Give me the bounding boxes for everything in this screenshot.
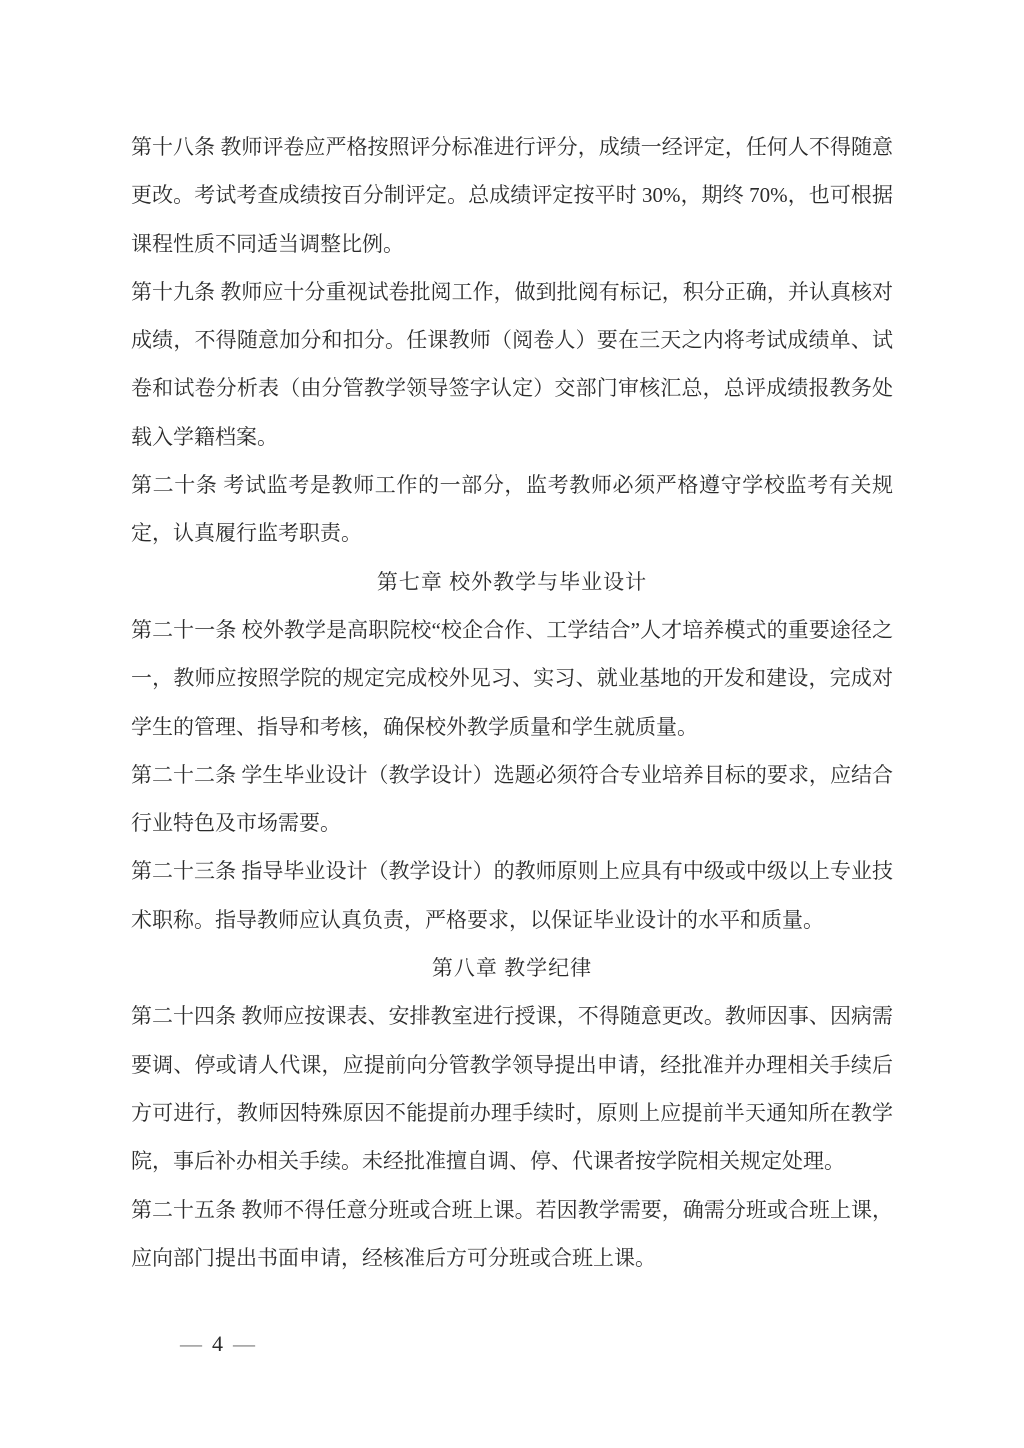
article-19-paragraph: 第十九条 教师应十分重视试卷批阅工作，做到批阅有标记，积分正确，并认真核对成绩，… [131, 268, 893, 461]
footer-left-dash: — [180, 1331, 202, 1356]
page-footer: —4— [180, 1331, 255, 1357]
chapter-8-heading: 第八章 教学纪律 [131, 944, 893, 992]
footer-right-dash: — [233, 1331, 255, 1356]
article-21-paragraph: 第二十一条 校外教学是高职院校“校企合作、工学结合”人才培养模式的重要途径之一，… [131, 606, 893, 751]
chapter-7-heading: 第七章 校外教学与毕业设计 [131, 558, 893, 606]
article-24-paragraph: 第二十四条 教师应按课表、安排教室进行授课，不得随意更改。教师因事、因病需要调、… [131, 992, 893, 1185]
article-22-paragraph: 第二十二条 学生毕业设计（教学设计）选题必须符合专业培养目标的要求，应结合行业特… [131, 751, 893, 848]
article-18-paragraph: 第十八条 教师评卷应严格按照评分标准进行评分，成绩一经评定，任何人不得随意更改。… [131, 123, 893, 268]
article-20-paragraph: 第二十条 考试监考是教师工作的一部分，监考教师必须严格遵守学校监考有关规定，认真… [131, 461, 893, 558]
article-25-paragraph: 第二十五条 教师不得任意分班或合班上课。若因教学需要，确需分班或合班上课，应向部… [131, 1186, 893, 1283]
page-number: 4 [212, 1331, 223, 1356]
article-23-paragraph: 第二十三条 指导毕业设计（教学设计）的教师原则上应具有中级或中级以上专业技术职称… [131, 847, 893, 944]
document-body: 第十八条 教师评卷应严格按照评分标准进行评分，成绩一经评定，任何人不得随意更改。… [131, 123, 893, 1282]
document-page: 第十八条 教师评卷应严格按照评分标准进行评分，成绩一经评定，任何人不得随意更改。… [0, 0, 1024, 1448]
